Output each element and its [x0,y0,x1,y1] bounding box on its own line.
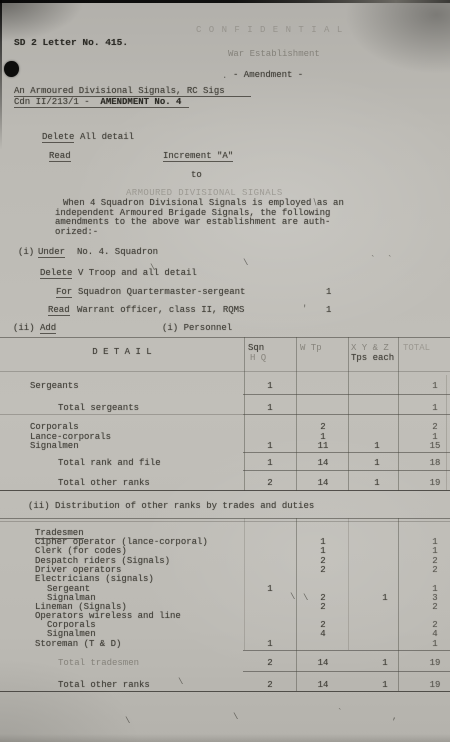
table-row: Total rank and file 1 14 1 18 [0,458,450,468]
delete-label-2: Delete [40,268,72,279]
table-row: Storeman (T & D) 1 1 [0,639,450,649]
letter-number: SD 2 Letter No. 415. [14,38,128,48]
stray-mark: \ [150,263,155,273]
table-rule [243,452,450,453]
table-rule [0,518,450,519]
table-row: Total other ranks 2 14 1 19 [0,478,450,488]
cell-wtp: 4 [298,629,348,639]
cell-total: 1 [410,403,450,413]
read-label: Read [49,151,71,162]
row-label: Total rank and file [58,458,161,468]
stray-mark: \ [243,258,248,268]
classification-stamp: C O N F I D E N T I A L [196,25,343,35]
page-top-edge [0,0,450,3]
table-row: Total other ranks 2 14 1 19 [0,680,450,690]
stray-mark: ` [387,255,392,265]
to-word: to [191,170,202,180]
cell-sqn: 2 [245,478,295,488]
table-row: Total tradesmen 2 14 1 19 [0,658,450,668]
table-rule [243,470,450,471]
add-label: Add [40,323,56,334]
under-text: No. 4. Squadron [77,247,158,257]
personnel-subheading: (i) Personnel [162,323,232,333]
amendment-label: - Amendment - [233,70,303,80]
table-rule [243,414,450,415]
row-label: Corporals [30,422,79,432]
cell-xyz: 1 [352,458,402,468]
read-value: 1 [326,305,331,315]
stray-mark: , [392,712,397,722]
cell-wtp: 2 [298,422,348,432]
table-rule [243,650,450,651]
cell-wtp: 14 [298,680,348,690]
col-header-sqn2: H Q [250,353,266,363]
item-i-number: (i) [18,247,34,257]
cell-total: 19 [410,658,450,668]
stray-mark: . [222,71,227,81]
document-page: C O N F I D E N T I A L SD 2 Letter No. … [0,0,450,742]
delete-label: Delete [42,132,74,143]
para-line: amendments to the above war establishmen… [55,217,330,227]
table-row: Signalmen 4 4 [0,629,450,639]
table-row: Electricians (signals) [0,574,450,584]
doc-type: War Establishment [228,49,320,59]
table-row: Sergeants 1 1 [0,381,450,391]
table-row: Clerk (for codes) 1 1 [0,546,450,556]
cell-total: 19 [410,680,450,690]
cell-sqn: 1 [245,458,295,468]
cell-sqn: 1 [245,441,295,451]
table-rule [0,337,450,338]
detail-header: D E T A I L [0,347,244,357]
stray-mark: ` [337,708,342,718]
cell-total: 2 [410,422,450,432]
cell-wtp: 11 [298,441,348,451]
cell-total: 19 [410,478,450,488]
cell-total: 4 [410,629,450,639]
reference-line: Cdn II/213/1 - AMENDMENT No. 4 [14,97,189,108]
col-header-xyz: X Y & Z [351,343,389,353]
for-label: For [56,287,72,298]
unit-heading: ARMOURED DIVISIONAL SIGNALS [126,188,283,198]
row-label: Total other ranks [58,478,150,488]
cell-total: 15 [410,441,450,451]
row-label: Storeman (T & D) [35,639,121,649]
unit-title: An Armoured Divisional Signals, RC Sigs [14,86,251,97]
increment-title: Increment "A" [163,151,233,162]
distribution-heading: (ii) Distribution of other ranks by trad… [28,501,314,511]
table-rule [0,414,243,415]
stray-mark: \ [125,716,130,726]
table-rule [0,521,450,522]
under-label: Under [38,247,65,258]
stray-mark: \ [233,712,238,722]
table-rule [0,490,450,491]
stray-mark: \ [178,677,183,687]
cell-wtp: 14 [298,458,348,468]
row-label: Total other ranks [58,680,150,690]
page-bottom-shade [0,734,450,742]
table-row: Signalmen 1 11 1 15 [0,441,450,451]
reference-amendment: AMENDMENT No. 4 [100,97,181,107]
para-line: When 4 Squadron Divisional Signals is em… [63,198,344,208]
stray-mark: \ [290,592,295,602]
stray-mark: \ [303,593,308,603]
cell-total: 1 [410,381,450,391]
table-rule [0,371,450,372]
cell-xyz: 1 [352,441,402,451]
col-header-total: TOTAL [403,343,430,353]
row-label: Clerk (for codes) [35,546,127,556]
para-line: orized:- [55,227,98,237]
page-left-edge [0,0,2,150]
row-label: Total tradesmen [58,658,139,668]
punch-hole [4,61,19,77]
row-label: Signalmen [30,441,79,451]
cell-xyz: 1 [360,658,410,668]
cell-total: 18 [410,458,450,468]
stray-mark: ' [302,304,307,314]
cell-sqn: 1 [245,639,295,649]
reference-prefix: Cdn II/213/1 - [14,97,100,107]
cell-sqn: 2 [245,680,295,690]
item-ii-number: (ii) [13,323,35,333]
cell-wtp: 14 [298,658,348,668]
delete-text-2: V Troop and all detail [78,268,197,278]
for-text: Squadron Quartermaster-sergeant [78,287,245,297]
cell-sqn: 1 [245,403,295,413]
table-row: Corporals 2 2 [0,422,450,432]
table-row: Total sergeants 1 1 [0,403,450,413]
col-header-xyz2: Tps each [351,353,394,363]
group-heading: Electricians (signals) [35,574,154,584]
table-rule [0,691,450,692]
cell-sqn: 1 [245,381,295,391]
stray-mark: ` [370,255,375,265]
cell-total: 1 [410,639,450,649]
row-label: Signalmen [47,629,96,639]
cell-total: 1 [410,546,450,556]
delete-text: All detail [80,132,134,142]
table-rule [243,671,450,672]
cell-wtp: 14 [298,478,348,488]
read-label-2: Read [48,305,70,316]
for-value: 1 [326,287,331,297]
cell-xyz: 1 [352,478,402,488]
cell-sqn: 2 [245,658,295,668]
cell-xyz: 1 [360,680,410,690]
row-label: Sergeants [30,381,79,391]
read-text-2: Warrant officer, class II, RQMS [77,305,244,315]
cell-wtp: 1 [298,546,348,556]
col-header-wtp: W Tp [300,343,322,353]
row-label: Total sergeants [58,403,139,413]
table-rule [243,394,450,395]
col-header-sqn: Sqn [248,343,264,353]
